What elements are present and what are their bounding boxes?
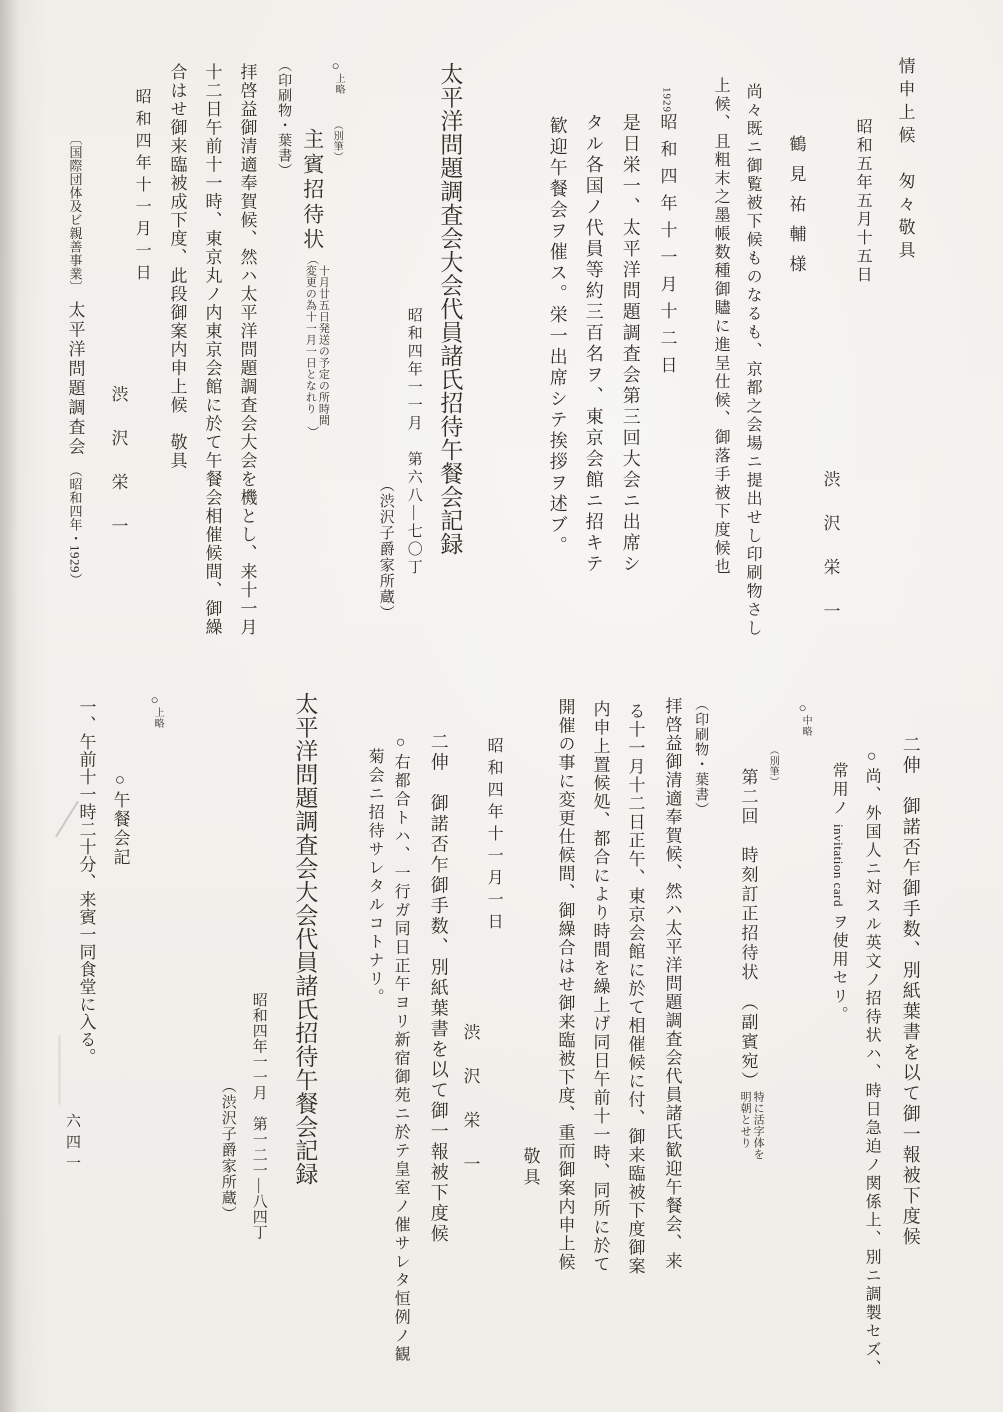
- text-run: 情申上候 匆々敬具: [895, 57, 914, 264]
- archive-note-1: （渋沢子爵家所蔵）: [375, 477, 397, 621]
- invitation-1-line-3: 合はせ御来臨被成下度、此段御案内申上候 敬具: [165, 63, 187, 470]
- text-run: 敬具: [520, 1147, 539, 1189]
- invitation-1-line-2: 十二日午前十一時、東京丸ノ内東京会館に於て午餐会相催候間、御繰: [200, 63, 222, 637]
- invitation-1-signature: 渋沢栄一: [106, 385, 128, 561]
- note-english-invitation-2: 常用ノ invitation card ヲ使用セリ。: [828, 762, 849, 1024]
- text-run: 中略: [800, 715, 811, 737]
- text-run: 〔国際団体及ビ親善事業〕: [67, 132, 82, 288]
- invitation-2-keigu: 敬具: [518, 1147, 540, 1189]
- invitation-2-line-2: る十一月十二日正午、東京会館に於て相催候に付、御来臨被下度御案: [623, 702, 645, 1276]
- text-run: invitation card: [831, 824, 846, 907]
- note-chrysanthemum-2: 菊会ニ招待サレタルコトナリ。: [364, 748, 385, 1007]
- text-run: 二伸 御諾否乍御手数、別紙葉書を以て御一報被下度候: [429, 732, 449, 1245]
- letter-1930-postscript-1: 尚々既ニ御覧被下候ものなるも、京都之会場ニ提出せし印刷物さし: [742, 83, 763, 638]
- invitation-2-line-3: 内申上置候処、都合により時間を繰上げ同日午前十一時、同所に於て: [588, 700, 610, 1274]
- text-run: 太平洋問題調査会: [65, 301, 84, 457]
- invitation-2-line-4: 開催の事に変更仕候間、御繰合はせ御来臨被下度、重而御案内申上候: [553, 698, 575, 1272]
- archive-note-2: （渋沢子爵家所蔵）: [217, 1078, 239, 1222]
- record-line-3: 歓迎午餐会ヲ催ス。栄一出席シテ挨拶ヲ述ブ。: [545, 116, 569, 557]
- note-chrysanthemum-1: ○右都合トハ、一行ガ同日正午ヨリ新宿御苑ニ於テ皇室ノ催サレタ恒例ノ観: [390, 734, 411, 1364]
- text-run: （昭和四年・1929）: [67, 471, 82, 587]
- omission-note-mid: ○中略: [792, 700, 813, 737]
- letter-1930-signature: 渋沢栄一: [818, 470, 840, 646]
- subtitle-guest-invitation: 主賓招待状（十月廿五日発送の予定の所時間変更の為十一月一日となれり）: [298, 128, 329, 438]
- text-run: 第二回 時刻訂正招待状 （副賓宛）: [738, 768, 757, 1091]
- postscript-nishin-1: 二伸 御諾否乍御手数、別紙葉書を以て御一報被下度候: [898, 735, 922, 1248]
- document-title-1: 太平洋問題調査会大会代員諸氏招待午餐会記録: [434, 62, 464, 556]
- text-run: 鶴見祐輔様: [786, 135, 805, 285]
- text-run: （印刷物・葉書）: [693, 697, 708, 817]
- lunch-record-item-1: 一、午前十一時二十分、来賓一同食堂に入る。: [74, 698, 96, 1066]
- inline-double-line-note: 十月廿五日発送の予定の所時間変更の為十一月一日となれり: [303, 265, 329, 426]
- text-run: 菊会ニ招待サレタルコトナリ。: [366, 748, 383, 1007]
- text-run: ○: [328, 58, 343, 73]
- text-run: 太平洋問題調査会大会代員諸氏招待午餐会記録: [292, 692, 317, 1186]
- text-run: 太平洋問題調査会大会代員諸氏招待午餐会記録: [437, 62, 462, 556]
- annotation-beppitsu-2: （別筆）: [762, 745, 783, 787]
- text-run: 是日栄一、太平洋問題調査会第三回大会ニ出席シ: [621, 113, 641, 575]
- text-run: 昭和四年十一月一日: [485, 737, 502, 935]
- inline-double-line-note: 特に活字体を明朝とせり: [738, 1091, 764, 1160]
- text-run: る十一月十二日正午、東京会館に於て相催候に付、御来臨被下度御案: [625, 702, 644, 1276]
- page: 六四一 情申上候 匆々敬具昭和五年五月十五日渋沢栄一鶴見祐輔様尚々既ニ御覧被下候…: [0, 0, 1003, 1412]
- text-run: 上略: [152, 707, 163, 729]
- text-run: ○尚、外国人ニ対スル英文ノ招待状ハ、時日急迫ノ関係上、別ニ調製セズ、: [863, 748, 880, 1378]
- text-run: 昭和五年五月十五日: [854, 118, 871, 285]
- text-run: ○: [147, 692, 162, 707]
- text-run: 渋沢栄一: [108, 385, 127, 561]
- text-run: 合はせ御来臨被成下度、此段御案内申上候 敬具: [167, 63, 186, 470]
- text-run: （印刷物・葉書）: [276, 58, 291, 178]
- text-run: （渋沢子爵家所蔵）: [378, 477, 394, 621]
- scan-edge-shadow: [0, 0, 18, 1412]
- scan-smudge: [58, 1035, 61, 1105]
- text-run: （渋沢子爵家所蔵）: [220, 1078, 236, 1222]
- record-line-2: タル各国ノ代員等約三百名ヲ、東京会館ニ招キテ: [581, 113, 605, 575]
- record-date-line: 1929昭和四年十一月十二日: [655, 87, 677, 383]
- text-run: 上略: [333, 73, 344, 95]
- text-run: 拝啓益御清適奉賀候、然ハ太平洋問題調査会代員諸氏歓迎午餐会、来: [662, 697, 681, 1271]
- source-reference-2: 昭和四年一一月 第一二一—八四丁: [248, 992, 270, 1240]
- text-run: 1929: [660, 87, 672, 113]
- document-title-2: 太平洋問題調査会大会代員諸氏招待午餐会記録: [289, 692, 319, 1186]
- text-run: 上候、且粗末之墨帳数種御贐に進呈仕候、御落手被下度候也: [712, 77, 729, 577]
- text-run: タル各国ノ代員等約三百名ヲ、東京会館ニ招キテ: [584, 113, 604, 575]
- text-run: 昭和四年十一月一日: [133, 88, 150, 286]
- text-run: （別筆）: [767, 745, 778, 787]
- text-run: 尚々既ニ御覧被下候ものなるも、京都之会場ニ提出せし印刷物さし: [744, 83, 761, 638]
- record-line-1: 是日栄一、太平洋問題調査会第三回大会ニ出席シ: [618, 113, 642, 575]
- source-reference-1: 昭和四年一一月 第六八—七〇丁: [403, 307, 425, 577]
- text-run: ）: [306, 426, 320, 438]
- postscript-nishin-2: 二伸 御諾否乍御手数、別紙葉書を以て御一報被下度候: [426, 732, 450, 1245]
- text-run: ○: [795, 700, 810, 715]
- text-run: 昭和四年十一月十二日: [657, 113, 676, 383]
- letter-1930-closing: 情申上候 匆々敬具: [893, 57, 915, 264]
- letter-1930-addressee: 鶴見祐輔様: [784, 135, 806, 285]
- text-run: 一、午前十一時二十分、来賓一同食堂に入る。: [76, 698, 95, 1066]
- text-run: 主賓招待状: [301, 128, 325, 253]
- omission-note-top: ○上略: [325, 58, 346, 95]
- text-run: 拝啓益御清適奉賀候、然ハ太平洋問題調査会大会を機とし、来十一月: [237, 63, 256, 637]
- text-run: [67, 288, 82, 302]
- letter-1930-date: 昭和五年五月十五日: [852, 118, 873, 285]
- invitation-2-signature: 渋沢栄一: [458, 1023, 480, 1199]
- invitation-2-line-1: 拝啓益御清適奉賀候、然ハ太平洋問題調査会代員諸氏歓迎午餐会、来: [660, 697, 682, 1271]
- invitation-2-date: 昭和四年十一月一日: [483, 737, 504, 935]
- note-english-invitation-1: ○尚、外国人ニ対スル英文ノ招待状ハ、時日急迫ノ関係上、別ニ調製セズ、: [861, 748, 882, 1378]
- page-number: 六四一: [62, 1113, 83, 1176]
- omission-note-bottom: ○上略: [144, 692, 165, 729]
- invitation-1-date: 昭和四年十一月一日: [131, 88, 152, 286]
- text-run: （別筆）: [331, 120, 342, 162]
- text-run: 昭和四年一一月 第六八—七〇丁: [406, 307, 422, 577]
- running-header: 〔国際団体及ビ親善事業〕 太平洋問題調査会 （昭和四年・1929）: [63, 132, 85, 587]
- text-run: [67, 457, 82, 471]
- letter-1930-postscript-2: 上候、且粗末之墨帳数種御贐に進呈仕候、御落手被下度候也: [710, 77, 731, 577]
- text-run: （: [306, 253, 320, 265]
- text-run: 常用ノ: [830, 762, 847, 824]
- section-heading-lunch-record: ○午餐会記: [108, 770, 130, 867]
- text-run: 渋沢栄一: [460, 1023, 479, 1199]
- text-run: 昭和四年一一月 第一二一—八四丁: [251, 992, 267, 1240]
- subtitle-corrected-invitation: 第二回 時刻訂正招待状 （副賓宛）特に活字体を明朝とせり: [736, 768, 764, 1160]
- text-run: 渋沢栄一: [820, 470, 839, 646]
- text-run: 内申上置候処、都合により時間を繰上げ同日午前十一時、同所に於て: [590, 700, 609, 1274]
- text-run: ○午餐会記: [110, 770, 129, 867]
- text-run: ヲ使用セリ。: [830, 907, 847, 1025]
- medium-note-2: （印刷物・葉書）: [690, 697, 711, 817]
- text-run: 十二日午前十一時、東京丸ノ内東京会館に於て午餐会相催候間、御繰: [202, 63, 221, 637]
- text-run: 歓迎午餐会ヲ催ス。栄一出席シテ挨拶ヲ述ブ。: [548, 116, 568, 557]
- text-run: 二伸 御諾否乍御手数、別紙葉書を以て御一報被下度候: [901, 735, 921, 1248]
- invitation-1-line-1: 拝啓益御清適奉賀候、然ハ太平洋問題調査会大会を機とし、来十一月: [235, 63, 257, 637]
- medium-note-1: （印刷物・葉書）: [273, 58, 294, 178]
- text-run: ○右都合トハ、一行ガ同日正午ヨリ新宿御苑ニ於テ皇室ノ催サレタ恒例ノ観: [392, 734, 409, 1364]
- text-run: 開催の事に変更仕候間、御繰合はせ御来臨被下度、重而御案内申上候: [555, 698, 574, 1272]
